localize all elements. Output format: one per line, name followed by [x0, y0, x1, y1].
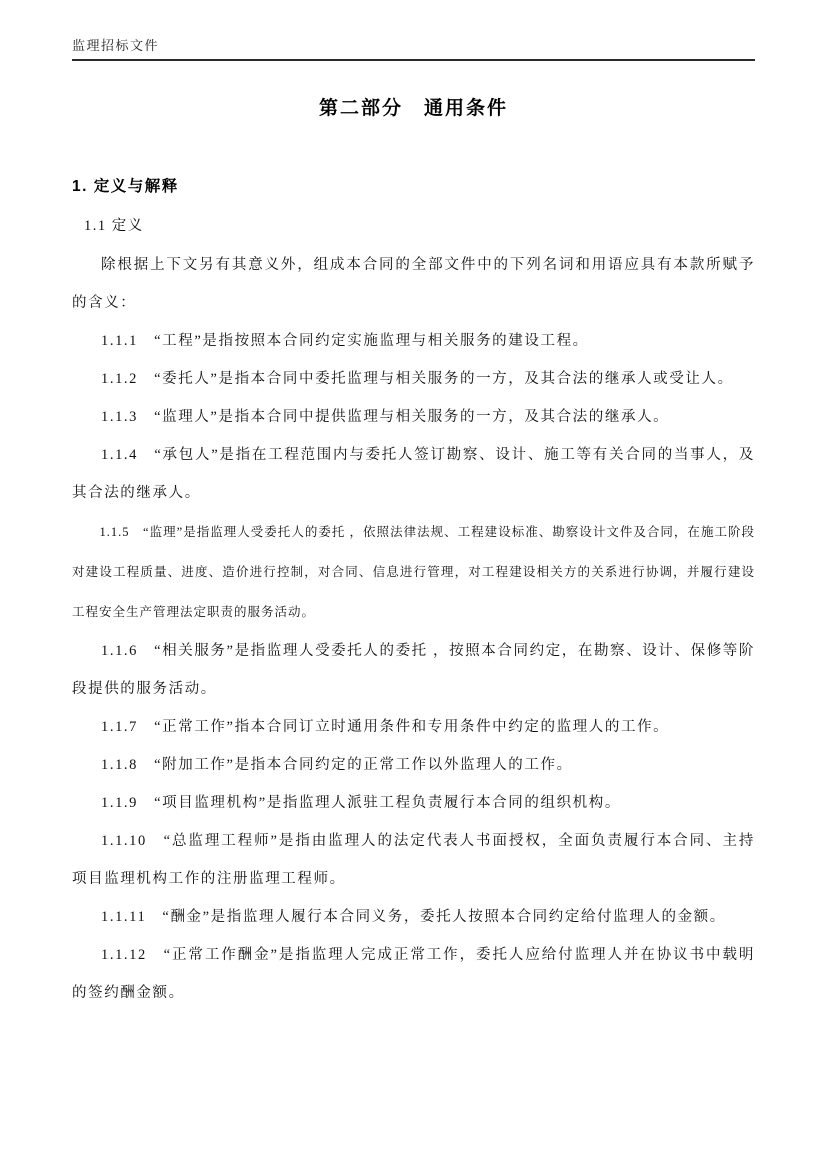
paragraph-1-1-11: 1.1.11 “酬金”是指监理人履行本合同义务，委托人按照本合同约定给付监理人的… — [72, 898, 755, 936]
paragraph-1-1-4: 1.1.4 “承包人”是指在工程范围内与委托人签订勘察、设计、施工等有关合同的当… — [72, 436, 755, 512]
paragraph-1-1-8: 1.1.8 “附加工作”是指本合同约定的正常工作以外监理人的工作。 — [72, 746, 755, 784]
paragraph-1-1-2: 1.1.2 “委托人”是指本合同中委托监理与相关服务的一方，及其合法的继承人或受… — [72, 360, 755, 398]
paragraph-1-1-7: 1.1.7 “正常工作”指本合同订立时通用条件和专用条件中约定的监理人的工作。 — [72, 708, 755, 746]
paragraph-1-1-3: 1.1.3 “监理人”是指本合同中提供监理与相关服务的一方，及其合法的继承人。 — [72, 398, 755, 436]
paragraph-1-1-6: 1.1.6 “相关服务”是指监理人受委托人的委托 ，按照本合同约定，在勘察、设计… — [72, 632, 755, 708]
paragraph-1-1-9: 1.1.9 “项目监理机构”是指监理人派驻工程负责履行本合同的组织机构。 — [72, 784, 755, 822]
document-title: 第二部分 通用条件 — [72, 97, 755, 121]
subsection-heading: 1.1 定义 — [72, 217, 755, 236]
page-header: 监理招标文件 — [72, 38, 755, 61]
paragraph-1-1-10: 1.1.10 “总监理工程师”是指由监理人的法定代表人书面授权，全面负责履行本合… — [72, 822, 755, 898]
paragraph-intro: 除根据上下文另有其意义外，组成本合同的全部文件中的下列名词和用语应具有本款所赋予… — [72, 246, 755, 322]
paragraph-1-1-12: 1.1.12 “正常工作酬金”是指监理人完成正常工作，委托人应给付监理人并在协议… — [72, 936, 755, 1012]
section-heading: 1. 定义与解释 — [72, 177, 755, 197]
paragraph-1-1-1: 1.1.1 “工程”是指按照本合同约定实施监理与相关服务的建设工程。 — [72, 322, 755, 360]
page-header-text: 监理招标文件 — [72, 38, 159, 53]
document-page: 监理招标文件 第二部分 通用条件 1. 定义与解释 1.1 定义 除根据上下文另… — [0, 0, 827, 1169]
document-body: 除根据上下文另有其意义外，组成本合同的全部文件中的下列名词和用语应具有本款所赋予… — [72, 246, 755, 1012]
paragraph-1-1-5: 1.1.5 “监理”是指监理人受委托人的委托 ，依照法律法规、工程建设标准、勘察… — [72, 512, 755, 632]
